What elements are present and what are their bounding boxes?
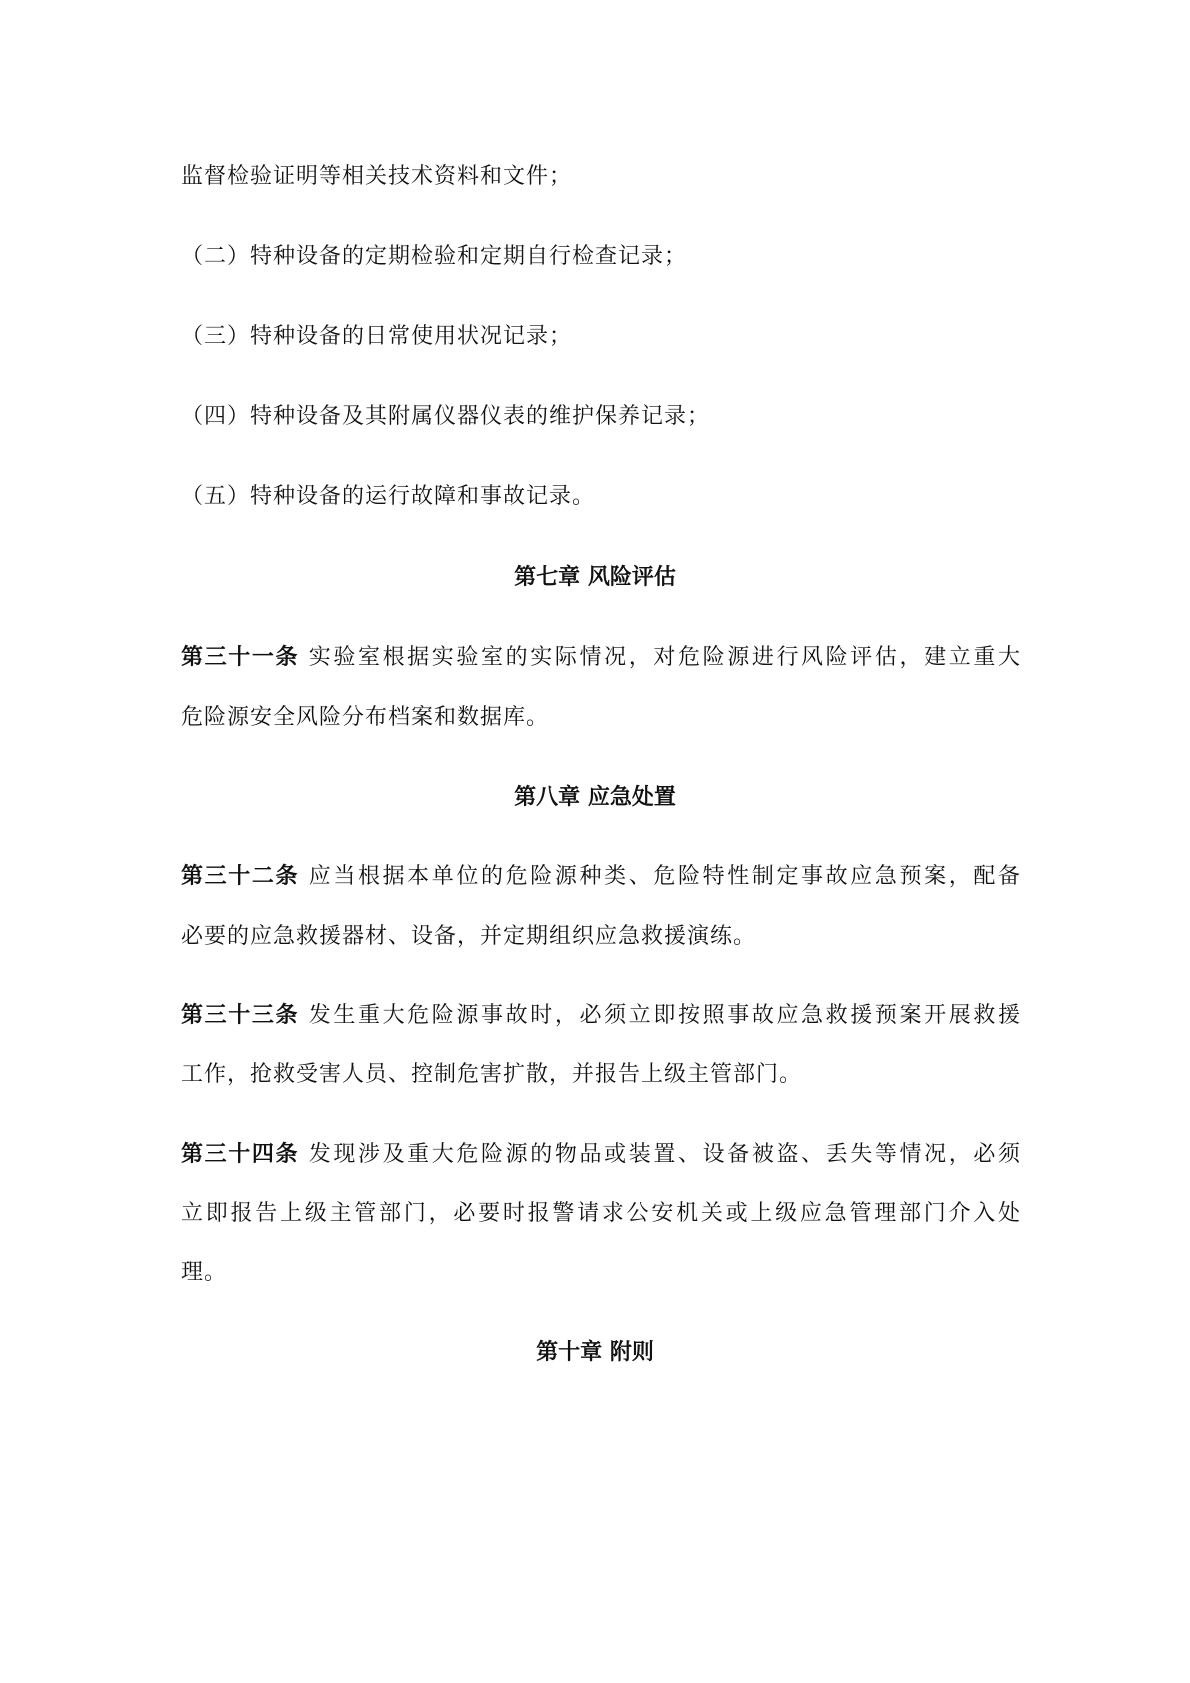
article-33-line-1: 第三十三条 发生重大危险源事故时，必须立即按照事故应急救援预案开展救援 xyxy=(181,1001,1021,1031)
chapter-8-heading: 第八章 应急处置 xyxy=(0,783,1190,813)
article-32-label: 第三十二条 xyxy=(181,864,299,889)
chapter-7-heading: 第七章 风险评估 xyxy=(0,563,1190,593)
article-31-line-1: 第三十一条 实验室根据实验室的实际情况，对危险源进行风险评估，建立重大 xyxy=(181,643,1021,673)
article-33-line-2: 工作，抢救受害人员、控制危害扩散，并报告上级主管部门。 xyxy=(181,1060,802,1090)
article-31-text: 实验室根据实验室的实际情况，对危险源进行风险评估，建立重大 xyxy=(309,645,1021,670)
article-33-label: 第三十三条 xyxy=(181,1003,299,1028)
list-item-3: （三）特种设备的日常使用状况记录； xyxy=(181,322,572,352)
list-item-4: （四）特种设备及其附属仪器仪表的维护保养记录； xyxy=(181,402,710,432)
article-34-line-3: 理。 xyxy=(181,1258,227,1288)
list-item-5: （五）特种设备的运行故障和事故记录。 xyxy=(181,482,595,512)
article-34-line-2: 立即报告上级主管部门，必要时报警请求公安机关或上级应急管理部门介入处 xyxy=(181,1199,1021,1229)
article-34-text: 发现涉及重大危险源的物品或装置、设备被盗、丢失等情况，必须 xyxy=(309,1142,1021,1167)
article-31-label: 第三十一条 xyxy=(181,645,299,670)
article-32-line-1: 第三十二条 应当根据本单位的危险源种类、危险特性制定事故应急预案，配备 xyxy=(181,862,1021,892)
article-33-text: 发生重大危险源事故时，必须立即按照事故应急救援预案开展救援 xyxy=(309,1003,1021,1028)
list-item-2: （二）特种设备的定期检验和定期自行检查记录； xyxy=(181,242,687,272)
paragraph-line: 监督检验证明等相关技术资料和文件； xyxy=(181,162,572,192)
article-34-line-1: 第三十四条 发现涉及重大危险源的物品或装置、设备被盗、丢失等情况，必须 xyxy=(181,1140,1021,1170)
article-34-label: 第三十四条 xyxy=(181,1142,299,1167)
article-32-text: 应当根据本单位的危险源种类、危险特性制定事故应急预案，配备 xyxy=(309,864,1021,889)
article-32-line-2: 必要的应急救援器材、设备，并定期组织应急救援演练。 xyxy=(181,922,756,952)
chapter-10-heading: 第十章 附则 xyxy=(0,1338,1190,1368)
article-31-line-2: 危险源安全风险分布档案和数据库。 xyxy=(181,703,549,733)
